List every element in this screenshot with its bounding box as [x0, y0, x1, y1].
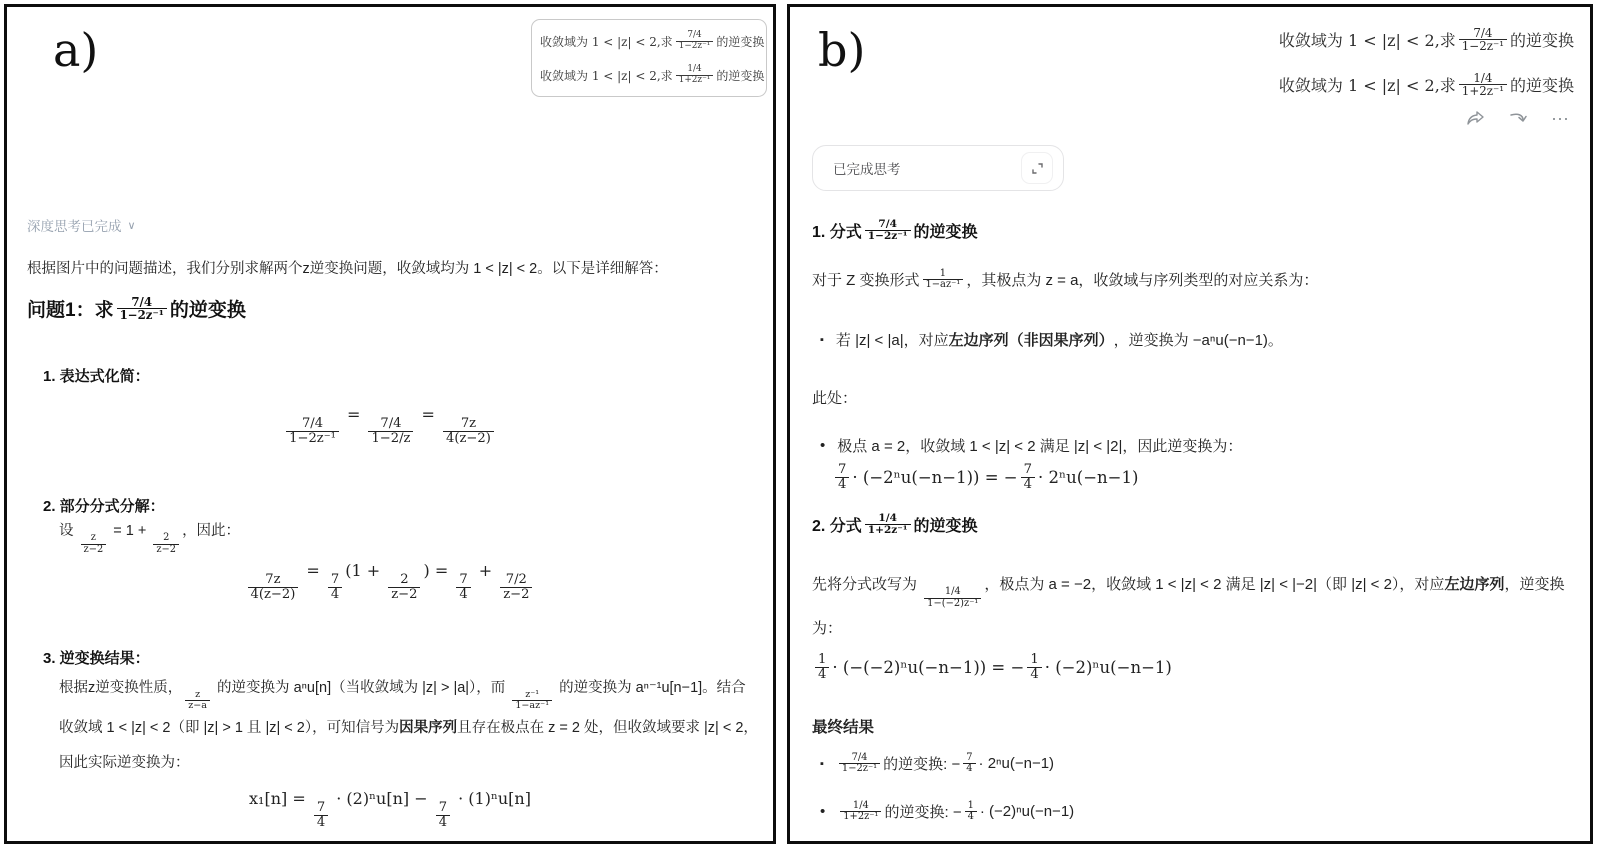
fraction: z⁻¹1−az⁻¹ — [512, 690, 552, 711]
fraction: 2z−2 — [153, 533, 179, 555]
step3-text: 根据z逆变换性质，zz−a 的逆变换为 aⁿu[n]（当收敛域为 |z| > |… — [59, 671, 759, 781]
fraction: 14 — [965, 801, 977, 823]
fraction: 74 — [835, 463, 849, 492]
bullet-marker: • — [820, 437, 825, 454]
problem1-heading: 问题1：求 7/41−2z⁻¹ 的逆变换 — [27, 295, 246, 322]
step1-title: 1. 表达式化简： — [43, 365, 150, 386]
fraction: 7/41−2z⁻¹ — [1459, 27, 1507, 53]
user-query-1: 收敛域为 1 < |z| < 2,求 7/41−2z⁻¹ 的逆变换 — [540, 24, 758, 58]
fraction: zz−2 — [81, 533, 107, 555]
final-result-text: 7/41−2z⁻¹ 的逆变换: −74 · 2ⁿu(−n−1) — [836, 753, 1054, 775]
fraction: 1/41+2z⁻¹ — [1459, 72, 1507, 98]
fraction: 7/41−2/z — [368, 417, 413, 446]
bullet-marker: • — [820, 803, 825, 820]
equation-simplify: 7/41−2z⁻¹ = 7/41−2/z = 7z4(z−2) — [7, 405, 773, 446]
final-result-item: • 1/41+2z⁻¹ 的逆变换: −14 · (−2)ⁿu(−n−1) — [820, 801, 1074, 823]
fraction: 2z−2 — [388, 573, 420, 602]
two-chat-screenshots-comparison: { "panel_a": { "label": "a)", "query_lin… — [0, 0, 1597, 854]
section1-heading: 1. 分式 7/41−2z⁻¹ 的逆变换 — [812, 219, 978, 242]
user-messages: 收敛域为 1 < |z| < 2,求 7/41−2z⁻¹ 的逆变换 收敛域为 1… — [1279, 17, 1574, 107]
more-icon[interactable]: ⋯ — [1550, 109, 1570, 129]
fraction: 7/41−2z⁻¹ — [117, 296, 167, 322]
user-query-2: 收敛域为 1 < |z| < 2,求 1/41+2z⁻¹ 的逆变换 — [1279, 62, 1574, 107]
bullet-marker: ▪ — [820, 334, 824, 346]
final-result-text: 1/41+2z⁻¹ 的逆变换: −14 · (−2)ⁿu(−n−1) — [837, 801, 1074, 823]
fraction: 74 — [328, 573, 342, 602]
fraction: 7/41−2z⁻¹ — [676, 31, 714, 51]
fraction: 74 — [314, 801, 328, 830]
equation-result: x₁[n] = 74 · (2)ⁿu[n] − 74 · (1)ⁿu[n] — [7, 789, 773, 830]
step2-title: 2. 部分分式分解： — [43, 495, 165, 516]
section1-paragraph: 对于 Z 变换形式 11−az⁻¹，其极点为 z = a，收敛域与序列类型的对应… — [812, 269, 1318, 291]
section2-heading: 2. 分式 1/41+2z⁻¹ 的逆变换 — [812, 513, 978, 536]
fraction: 74 — [436, 801, 450, 830]
chat-screenshot-a: a) 收敛域为 1 < |z| < 2,求 7/41−2z⁻¹ 的逆变换 收敛域… — [4, 4, 776, 844]
thinking-status-label: 深度思考已完成 — [27, 215, 122, 235]
fraction: 11−az⁻¹ — [923, 269, 964, 291]
fraction: 1/41+2z⁻¹ — [865, 513, 911, 536]
intro-paragraph: 根据图片中的问题描述，我们分别求解两个z逆变换问题，收敛域均为 1 < |z| … — [27, 257, 757, 278]
section2-paragraph: 先将分式改写为 1/41−(−2)z⁻¹，极点为 a = −2，收敛域 1 < … — [812, 565, 1574, 649]
fraction: 7z4(z−2) — [443, 417, 494, 446]
bullet-text: 若 |z| < |a|，对应左边序列（非因果序列），逆变换为 −aⁿu(−n−1… — [836, 329, 1283, 350]
redo-icon[interactable] — [1508, 109, 1528, 129]
list-item: ▪ 若 |z| < |a|，对应左边序列（非因果序列），逆变换为 −aⁿu(−n… — [820, 329, 1283, 350]
user-query-1: 收敛域为 1 < |z| < 2,求 7/41−2z⁻¹ 的逆变换 — [1279, 17, 1574, 62]
fraction: 1/41+2z⁻¹ — [676, 65, 714, 85]
final-results-heading: 最终结果 — [812, 715, 874, 737]
user-query-2: 收敛域为 1 < |z| < 2,求 1/41+2z⁻¹ 的逆变换 — [540, 58, 758, 92]
thinking-status-toggle[interactable]: 深度思考已完成 ∨ — [27, 215, 136, 235]
thought-complete-button[interactable]: 已完成思考 — [812, 145, 1064, 191]
step2-text: 设 zz−2 = 1 + 2z−2，因此： — [59, 519, 240, 555]
fraction: 7/2z−2 — [500, 573, 532, 602]
fraction: 1/41+2z⁻¹ — [840, 801, 881, 823]
fraction: 7/41−2z⁻¹ — [839, 753, 880, 775]
thought-complete-label: 已完成思考 — [833, 158, 901, 178]
fraction: 74 — [963, 753, 975, 775]
equation-case1: 74 · (−2ⁿu(−n−1)) = −74 · 2ⁿu(−n−1) — [832, 463, 1138, 492]
bullet-marker: ▪ — [820, 758, 824, 770]
chevron-down-icon: ∨ — [128, 219, 136, 232]
expand-icon[interactable] — [1021, 152, 1053, 184]
bullet-text: 极点 a = 2，收敛域 1 < |z| < 2 满足 |z| < |2|，因此… — [837, 435, 1242, 456]
equation-case2: 14 · (−(−2)ⁿu(−n−1)) = −14 · (−2)ⁿu(−n−1… — [812, 653, 1172, 682]
fraction: 7/41−2z⁻¹ — [286, 417, 339, 446]
share-icon[interactable] — [1466, 109, 1486, 129]
fraction: 74 — [1021, 463, 1035, 492]
fraction: 14 — [1027, 653, 1041, 682]
figure-label-b: b) — [818, 23, 865, 77]
final-result-item: ▪ 7/41−2z⁻¹ 的逆变换: −74 · 2ⁿu(−n−1) — [820, 753, 1054, 775]
fraction: 74 — [456, 573, 470, 602]
step3-title: 3. 逆变换结果： — [43, 647, 150, 668]
figure-label-a: a) — [53, 23, 98, 77]
user-message-bubble: 收敛域为 1 < |z| < 2,求 7/41−2z⁻¹ 的逆变换 收敛域为 1… — [531, 19, 767, 97]
chat-screenshot-b: b) 收敛域为 1 < |z| < 2,求 7/41−2z⁻¹ 的逆变换 收敛域… — [787, 4, 1593, 844]
fraction: zz−a — [185, 690, 210, 711]
fraction: 1/41−(−2)z⁻¹ — [924, 587, 981, 609]
fraction: 7/41−2z⁻¹ — [865, 219, 911, 242]
message-actions: ⋯ — [1466, 109, 1570, 129]
here-label: 此处： — [812, 387, 857, 408]
fraction: 14 — [815, 653, 829, 682]
fraction: 7z4(z−2) — [248, 573, 299, 602]
list-item: • 极点 a = 2，收敛域 1 < |z| < 2 满足 |z| < |2|，… — [820, 435, 1242, 456]
equation-partial-fraction: 7z4(z−2) = 74(1 + 2z−2) = 74 + 7/2z−2 — [7, 561, 773, 602]
